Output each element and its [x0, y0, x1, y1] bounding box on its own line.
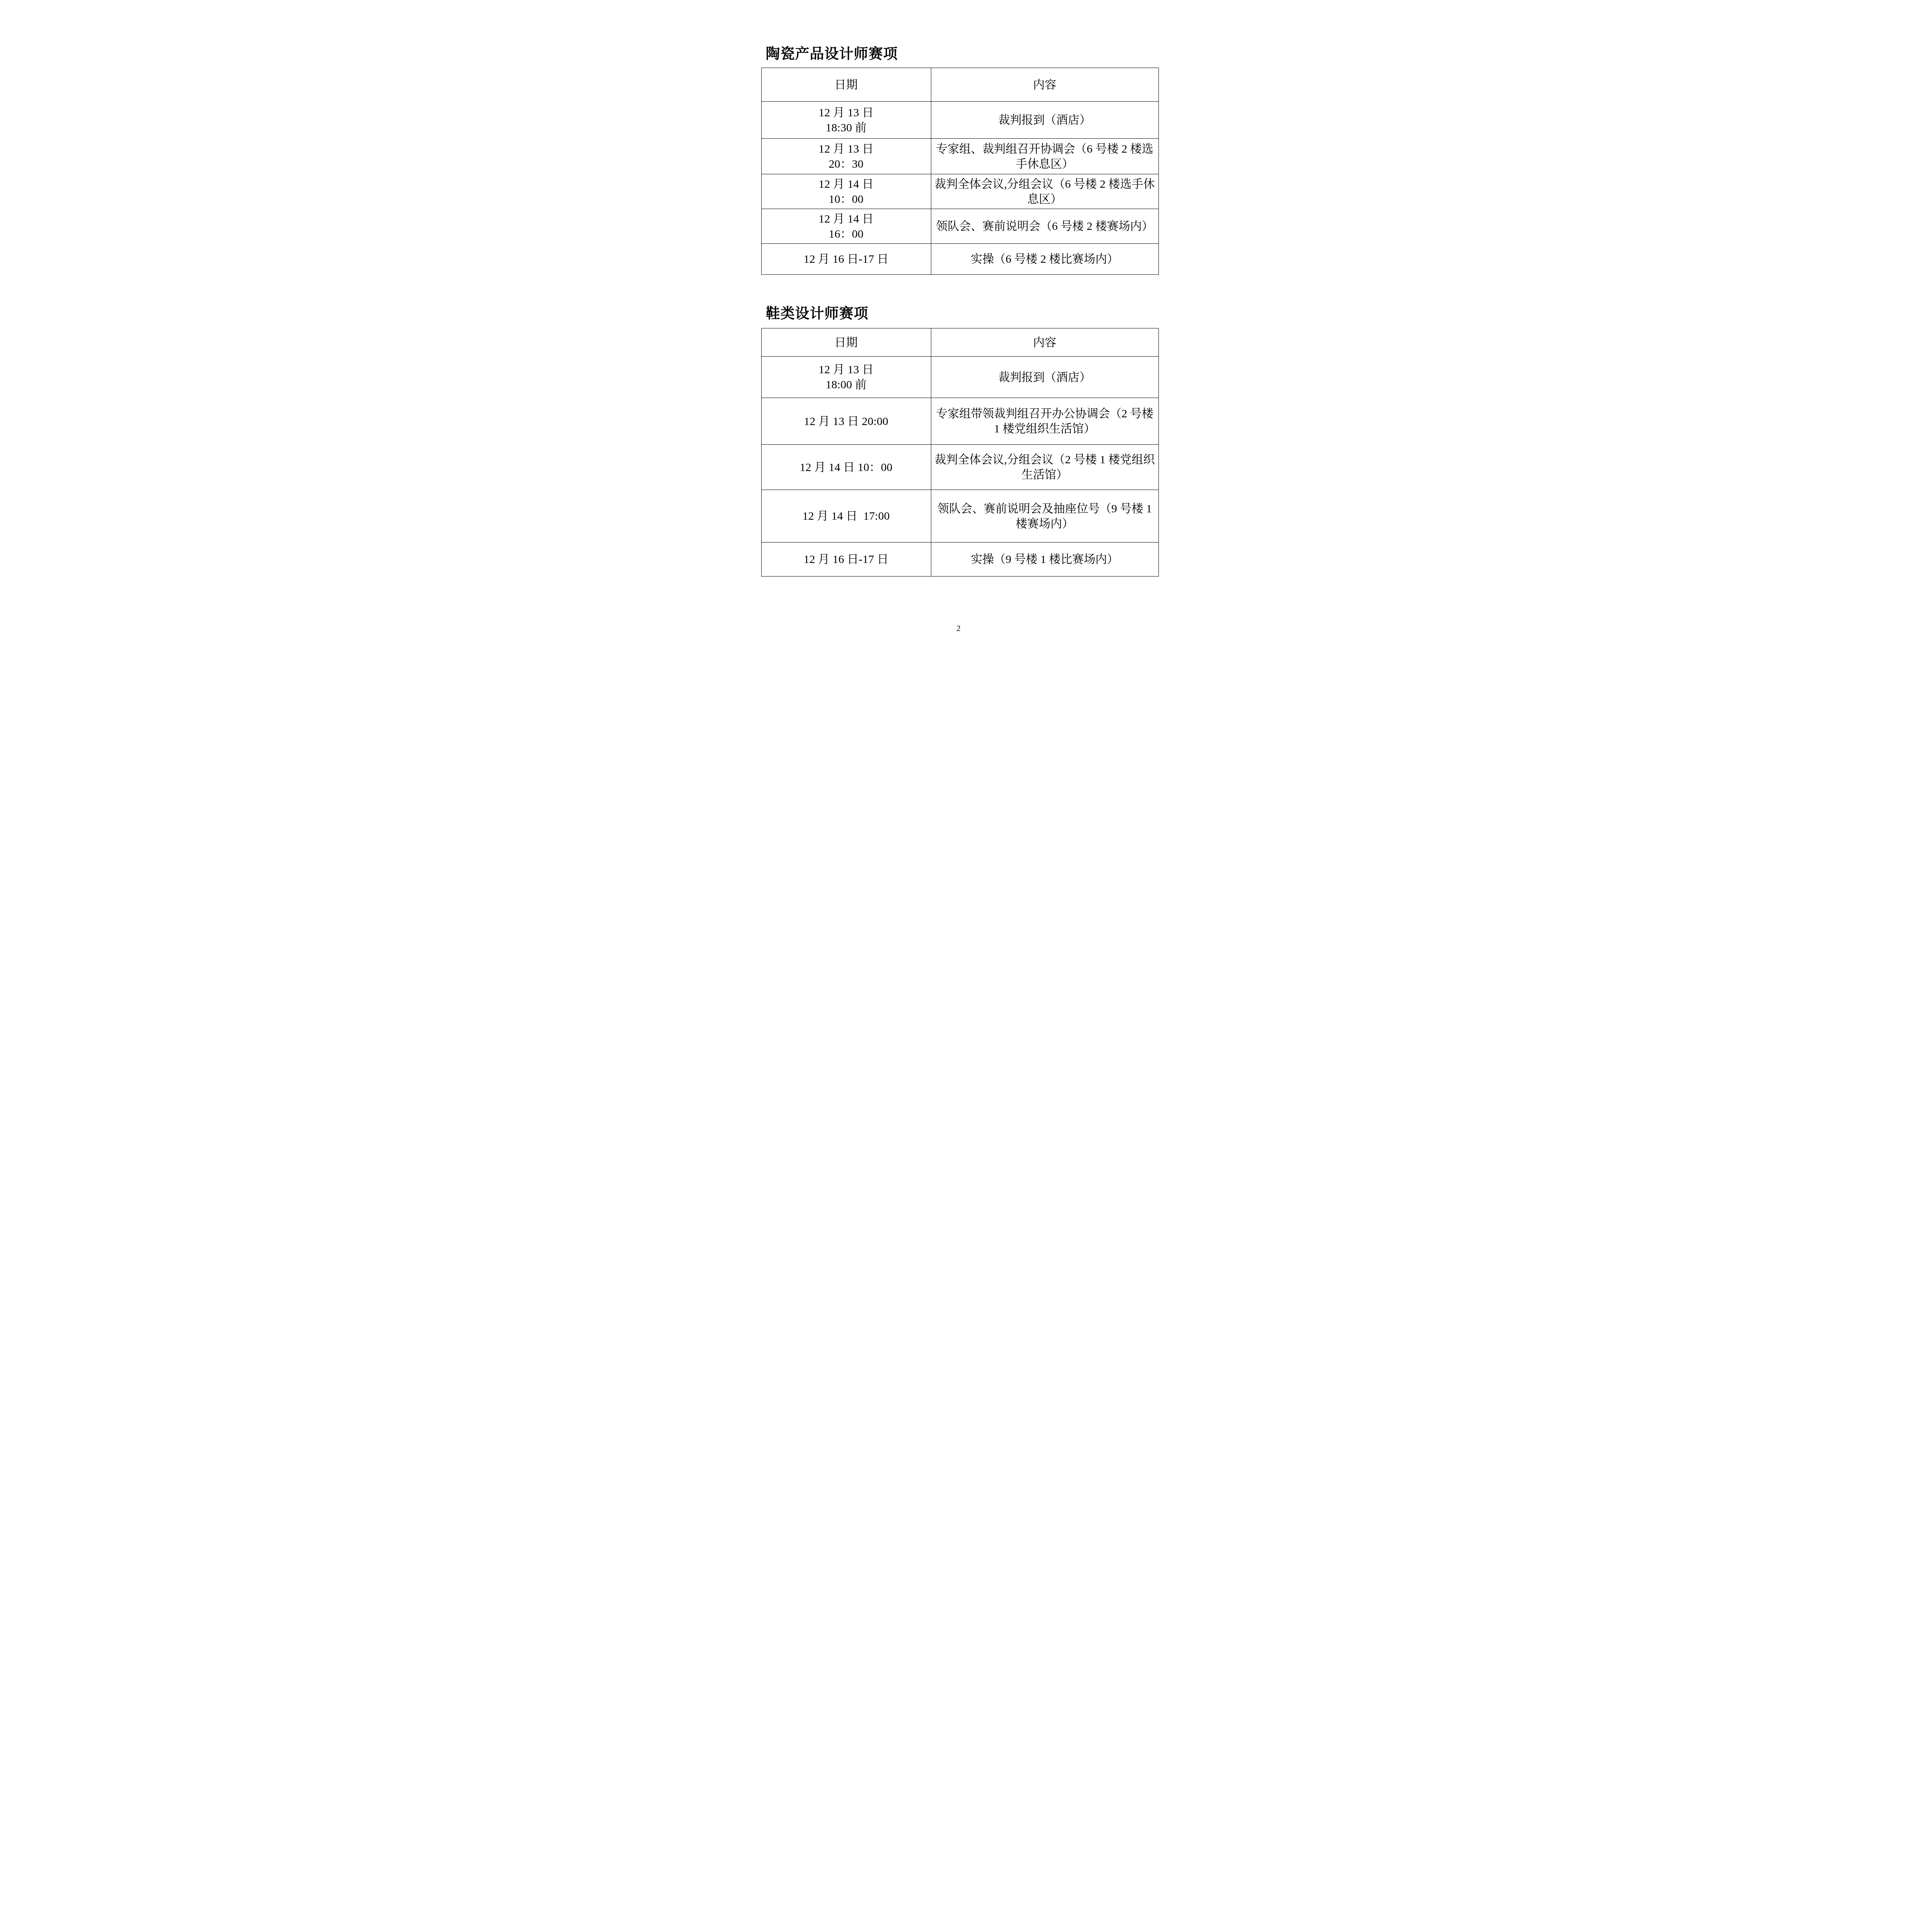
footwear-schedule-table: 日期 内容 12 月 13 日 18:00 前 裁判报到（酒店） 12 月 13…: [761, 328, 1159, 577]
date-cell: 12 月 14 日 10：00: [761, 174, 931, 209]
content-cell: 领队会、赛前说明会（6 号楼 2 楼赛场内）: [931, 209, 1158, 244]
content-cell: 专家组、裁判组召开协调会（6 号楼 2 楼选手休息区）: [931, 139, 1158, 174]
time-line: 18:00 前: [764, 377, 929, 392]
date-cell: 12 月 14 日 17:00: [761, 490, 931, 543]
date-line: 12 月 14 日: [764, 211, 929, 226]
time-line: 16：00: [764, 226, 929, 241]
content-cell: 裁判报到（酒店）: [931, 357, 1158, 398]
date-cell: 12 月 16 日-17 日: [761, 543, 931, 577]
date-line: 12 月 16 日-17 日: [764, 252, 929, 267]
content-cell: 裁判全体会议,分组会议（6 号楼 2 楼选手休息区）: [931, 174, 1158, 209]
table-row: 12 月 13 日 18:00 前 裁判报到（酒店）: [761, 357, 1158, 398]
content-cell: 专家组带领裁判组召开办公协调会（2 号楼 1 楼党组织生活馆）: [931, 398, 1158, 445]
date-cell: 12 月 13 日 18:30 前: [761, 102, 931, 139]
page-number: 2: [719, 623, 1198, 633]
time-line: 10：00: [764, 192, 929, 207]
table-header-row: 日期 内容: [761, 68, 1158, 102]
date-cell: 12 月 13 日 20:00: [761, 398, 931, 445]
table-row: 12 月 13 日 20：30 专家组、裁判组召开协调会（6 号楼 2 楼选手休…: [761, 139, 1158, 174]
content-cell: 实操（9 号楼 1 楼比赛场内）: [931, 543, 1158, 577]
content-cell: 裁判报到（酒店）: [931, 102, 1158, 139]
date-line: 12 月 14 日 10：00: [764, 460, 929, 475]
content-cell: 实操（6 号楼 2 楼比赛场内）: [931, 244, 1158, 275]
table-header-row: 日期 内容: [761, 328, 1158, 357]
table-row: 12 月 16 日-17 日 实操（9 号楼 1 楼比赛场内）: [761, 543, 1158, 577]
ceramic-schedule-table: 日期 内容 12 月 13 日 18:30 前 裁判报到（酒店） 12 月 13…: [761, 68, 1159, 275]
date-cell: 12 月 13 日 20：30: [761, 139, 931, 174]
table-row: 12 月 14 日 10：00 裁判全体会议,分组会议（2 号楼 1 楼党组织生…: [761, 445, 1158, 490]
table-row: 12 月 14 日 16：00 领队会、赛前说明会（6 号楼 2 楼赛场内）: [761, 209, 1158, 244]
table-row: 12 月 16 日-17 日 实操（6 号楼 2 楼比赛场内）: [761, 244, 1158, 275]
date-line: 12 月 14 日: [764, 177, 929, 192]
date-column-header: 日期: [761, 328, 931, 357]
date-line: 12 月 13 日: [764, 362, 929, 377]
table-row: 12 月 13 日 20:00 专家组带领裁判组召开办公协调会（2 号楼 1 楼…: [761, 398, 1158, 445]
date-cell: 12 月 14 日 16：00: [761, 209, 931, 244]
date-line: 12 月 16 日-17 日: [764, 552, 929, 567]
section-title-ceramic: 陶瓷产品设计师赛项: [766, 46, 1198, 63]
date-cell: 12 月 16 日-17 日: [761, 244, 931, 275]
table-row: 12 月 13 日 18:30 前 裁判报到（酒店）: [761, 102, 1158, 139]
date-line: 12 月 13 日 20:00: [764, 414, 929, 429]
content-column-header: 内容: [931, 328, 1158, 357]
section-title-footwear: 鞋类设计师赛项: [766, 305, 1198, 323]
date-line: 12 月 13 日: [764, 105, 929, 120]
date-line: 12 月 13 日: [764, 141, 929, 156]
time-line: 18:30 前: [764, 120, 929, 135]
content-cell: 领队会、赛前说明会及抽座位号（9 号楼 1 楼赛场内）: [931, 490, 1158, 543]
date-cell: 12 月 14 日 10：00: [761, 445, 931, 490]
time-line: 20：30: [764, 156, 929, 172]
date-line: 12 月 14 日 17:00: [764, 509, 929, 524]
content-cell: 裁判全体会议,分组会议（2 号楼 1 楼党组织生活馆）: [931, 445, 1158, 490]
content-column-header: 内容: [931, 68, 1158, 102]
table-row: 12 月 14 日 17:00 领队会、赛前说明会及抽座位号（9 号楼 1 楼赛…: [761, 490, 1158, 543]
document-page: 陶瓷产品设计师赛项 日期 内容 12 月 13 日 18:30 前 裁判报到（酒…: [719, 0, 1198, 678]
date-column-header: 日期: [761, 68, 931, 102]
table-row: 12 月 14 日 10：00 裁判全体会议,分组会议（6 号楼 2 楼选手休息…: [761, 174, 1158, 209]
date-cell: 12 月 13 日 18:00 前: [761, 357, 931, 398]
